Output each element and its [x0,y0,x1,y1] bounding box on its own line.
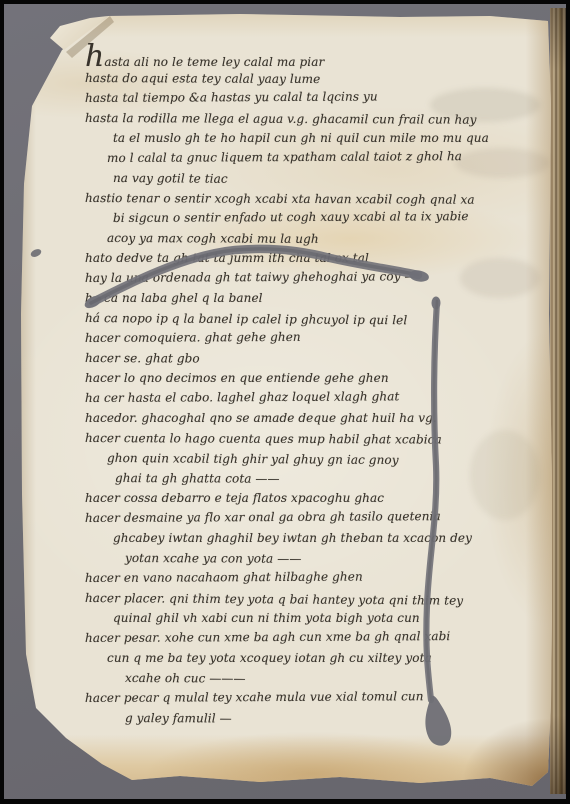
manuscript-line: hasta la rodilla me llega el agua v.g. g… [85,108,547,130]
manuscript-line: hacer comoquiera. ghat gehe ghen [85,326,547,348]
manuscript-scan-photo: { "document": { "kind": "handwritten man… [0,0,570,804]
manuscript-line: hay la una ordenada gh tat taiwy ghehogh… [85,266,547,288]
manuscript-text-block: hasta ali no le teme ley calal ma piarha… [85,48,547,728]
manuscript-line: acoy ya max cogh xcabi mu la ugh [107,228,547,250]
manuscript-line: hacedor. ghacoghal qno se amade deque gh… [85,408,547,428]
manuscript-line: ghcabey iwtan ghaghil bey iwtan gh theba… [113,528,547,548]
manuscript-line: g yaley famulil — [125,708,547,730]
manuscript-line: hacer pecar q mulal tey xcahe mula vue x… [85,686,547,708]
manuscript-line: hasta ali no le teme ley calal ma piar [85,48,547,68]
manuscript-line: ha cer hasta el cabo. laghel ghaz loquel… [85,386,547,408]
manuscript-line: hacer se. ghat gbo [85,348,547,370]
manuscript-line: hasta tal tiempo &a hastas yu calal ta l… [85,86,547,108]
manuscript-line: hacer placer. qni thim tey yota q bai ha… [85,588,547,611]
manuscript-line: bi sigcun o sentir enfado ut cogh xauy x… [113,206,547,228]
manuscript-line: cun q me ba tey yota xcoquey iotan gh cu… [107,648,547,668]
manuscript-line: hacer pesar. xohe cun xme ba agh cun xme… [85,626,547,648]
manuscript-line: hacer en vano nacahaom ghat hilbaghe ghe… [85,566,547,588]
manuscript-line: hacer desmaine ya flo xar onal ga obra g… [85,506,547,528]
book-fore-edge-pages [550,8,566,794]
manuscript-line: ghai ta gh ghatta cota —— [115,468,547,490]
manuscript-line: hacer cuenta lo hago cuenta ques mup hab… [85,428,547,450]
manuscript-line: ta el muslo gh te ho hapil cun gh ni qui… [113,128,547,148]
manuscript-line: mo l calal ta gnuc liquem ta xpatham cal… [107,146,547,168]
manuscript-line: ha ca na laba ghel q la banel [85,288,547,308]
